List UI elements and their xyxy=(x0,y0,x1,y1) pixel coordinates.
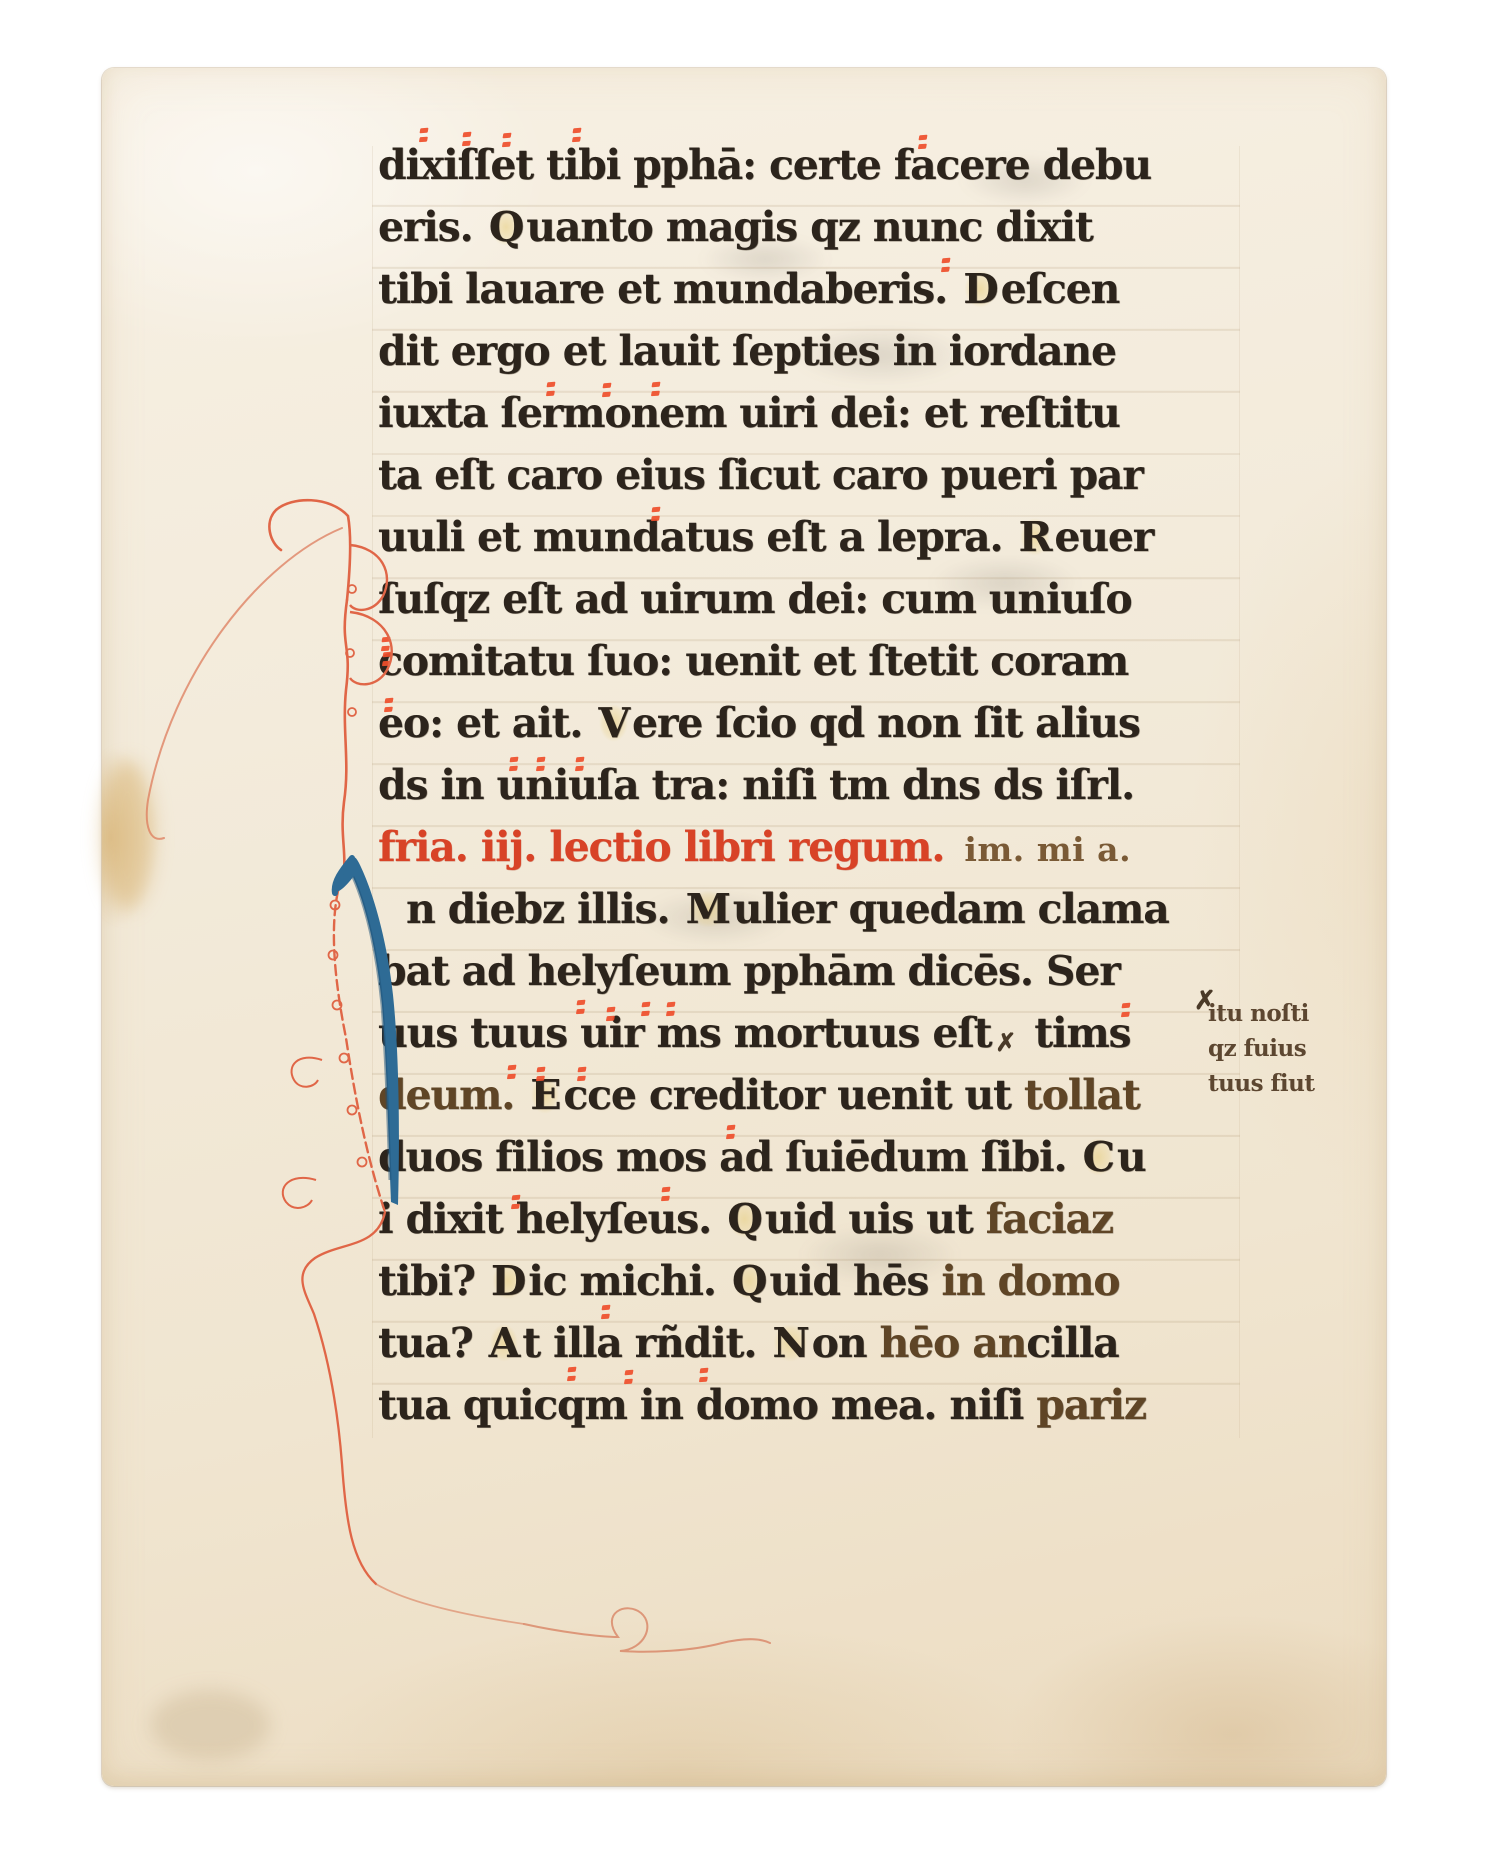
text-line: eo: et ait. Vere ſcio qd non ſit alius xyxy=(378,692,1258,754)
text-segment: deum. xyxy=(378,1071,527,1119)
text-segment: ſuſqz eſt ad uirum dei: cum uniuſo xyxy=(378,575,1132,623)
red-tick xyxy=(666,1002,675,1008)
text-segment: hēo an xyxy=(880,1319,1027,1367)
text-segment: ta eſt caro eius ſicut caro pueri par xyxy=(378,451,1143,499)
text-segment: euer xyxy=(1054,513,1153,561)
text-segment: on xyxy=(812,1319,880,1367)
text-segment: tua quicqm in domo mea. niſi xyxy=(378,1381,1036,1429)
red-tick xyxy=(941,258,950,264)
text-line: ds in uniuſa tra: niſi tm dns ds iſrl. xyxy=(378,754,1258,816)
yellow-touched-capital: N xyxy=(769,1319,811,1367)
text-segment: tua? xyxy=(378,1319,486,1367)
red-tick xyxy=(651,382,660,388)
text-line: deum. Ecce creditor uenit ut tollat xyxy=(378,1064,1258,1126)
red-tick xyxy=(502,133,511,139)
yellow-touched-capital: C xyxy=(1079,1133,1116,1181)
red-tick xyxy=(699,1368,708,1374)
red-tick xyxy=(624,1370,633,1376)
yellow-touched-capital: Q xyxy=(724,1195,765,1243)
text-segment: tibi? xyxy=(378,1257,488,1305)
rubric-text: fria. iij. lectio libri regum. xyxy=(378,823,944,871)
text-segment: iuxta ſermonem uiri dei: et reſtitu xyxy=(378,389,1120,437)
text-segment: uanto magis qz nunc dixit xyxy=(526,203,1092,251)
text-segment: in domo xyxy=(941,1257,1119,1305)
text-line: fria. iij. lectio libri regum.im. mi a. xyxy=(378,816,1258,878)
text-line: tua? At illa rñdit. Non hēo ancilla xyxy=(378,1312,1258,1374)
text-segment: ic michi. xyxy=(528,1257,729,1305)
text-line: ta eſt caro eius ſicut caro pueri par xyxy=(378,444,1258,506)
red-tick xyxy=(507,1065,516,1071)
red-tick xyxy=(536,757,545,763)
text-segment: t illa rñdit. xyxy=(522,1319,769,1367)
red-tick xyxy=(641,1002,650,1008)
text-segment: uid hēs xyxy=(769,1257,941,1305)
red-tick xyxy=(661,1187,670,1193)
red-tick xyxy=(419,128,428,134)
red-tick xyxy=(606,1007,615,1013)
text-line: tibi lauare et mundaberis. Deſcen xyxy=(378,258,1258,320)
red-tick xyxy=(1121,1003,1130,1009)
red-tick xyxy=(381,637,390,643)
text-segment: dixiſſet tibi pphā: certe facere debu xyxy=(378,141,1151,189)
text-segment: tims xyxy=(1021,1009,1130,1057)
yellow-touched-capital: Q xyxy=(486,203,527,251)
red-tick xyxy=(511,1195,520,1201)
text-segment: ere ſcio qd non ſit alius xyxy=(632,699,1140,747)
text-segment: n diebz illis. xyxy=(406,885,683,933)
text-segment: eris. xyxy=(378,203,486,251)
text-line: dixiſſet tibi pphā: certe facere debu xyxy=(378,134,1258,196)
red-tick xyxy=(726,1125,735,1131)
text-segment: ulier quedam clama xyxy=(733,885,1169,933)
text-segment: cce creditor uenit ut xyxy=(563,1071,1023,1119)
marginal-gloss: ✗ itu noſtiqz fuiustuus fiut xyxy=(1208,996,1358,1101)
text-segment: bat ad helyſeum pphām dicēs. Ser xyxy=(378,947,1120,995)
red-tick xyxy=(601,1305,610,1311)
red-tick xyxy=(651,507,660,513)
yellow-touched-capital: M xyxy=(683,885,733,933)
added-note: im. mi a. xyxy=(964,830,1131,869)
red-tick xyxy=(546,382,555,388)
text-segment: tibi lauare et mundaberis. xyxy=(378,265,960,313)
red-tick xyxy=(382,652,391,658)
edge-stain xyxy=(100,760,155,910)
text-segment: duos filios mos ad ſuiēdum ſibi. xyxy=(378,1133,1079,1181)
text-segment: faciaz xyxy=(986,1195,1113,1243)
text-segment: eſcen xyxy=(1001,265,1120,313)
text-line: duos filios mos ad ſuiēdum ſibi. Cu xyxy=(378,1126,1258,1188)
text-segment: uus tuus uir ms mortuus eſt xyxy=(378,1009,991,1057)
text-segment: ds in uniuſa tra: niſi tm dns ds iſrl. xyxy=(378,761,1134,809)
text-line: uus tuus uir ms mortuus eſt✗ tims xyxy=(378,1002,1258,1064)
text-segment: eo: et ait. xyxy=(378,699,595,747)
yellow-touched-capital: R xyxy=(1016,513,1055,561)
gloss-line: tuus fiut xyxy=(1208,1066,1358,1101)
red-tick xyxy=(509,757,518,763)
text-segment: comitatu ſuo: uenit et ſtetit coram xyxy=(378,637,1128,685)
text-line: n diebz illis. Mulier quedam clama xyxy=(378,878,1258,940)
text-line: eris. Quanto magis qz nunc dixit xyxy=(378,196,1258,258)
insertion-x-mark: ✗ xyxy=(995,1028,1015,1057)
text-line: ſuſqz eſt ad uirum dei: cum uniuſo xyxy=(378,568,1258,630)
red-tick xyxy=(384,698,393,704)
text-line: bat ad helyſeum pphām dicēs. Ser xyxy=(378,940,1258,1002)
text-line: tibi? Dic michi. Quid hēs in domo xyxy=(378,1250,1258,1312)
red-tick xyxy=(575,757,584,763)
text-segment: u xyxy=(1117,1133,1146,1181)
text-segment: uuli et mundatus eſt a lepra. xyxy=(378,513,1016,561)
text-line: comitatu ſuo: uenit et ſtetit coram xyxy=(378,630,1258,692)
gloss-line: itu noſti xyxy=(1208,996,1358,1031)
yellow-touched-capital: D xyxy=(488,1257,528,1305)
red-tick xyxy=(567,1367,576,1373)
red-tick xyxy=(577,1067,586,1073)
text-block: dixiſſet tibi pphā: certe facere debueri… xyxy=(378,134,1258,1436)
text-segment: tollat xyxy=(1024,1071,1140,1119)
text-line: uuli et mundatus eſt a lepra. Reuer xyxy=(378,506,1258,568)
yellow-touched-capital: V xyxy=(595,699,632,747)
red-tick xyxy=(462,132,471,138)
text-segment: dit ergo et lauit ſepties in iordane xyxy=(378,327,1116,375)
red-tick xyxy=(536,1067,545,1073)
text-line: dit ergo et lauit ſepties in iordane xyxy=(378,320,1258,382)
yellow-touched-capital: Q xyxy=(729,1257,770,1305)
gloss-line: qz fuius xyxy=(1208,1031,1358,1066)
yellow-touched-capital: E xyxy=(527,1071,563,1119)
red-tick xyxy=(602,383,611,389)
text-line: tua quicqm in domo mea. niſi pariz xyxy=(378,1374,1258,1436)
text-line: iuxta ſermonem uiri dei: et reſtitu xyxy=(378,382,1258,444)
red-tick xyxy=(918,135,927,141)
text-segment: i dixit helyſeus. xyxy=(378,1195,724,1243)
yellow-touched-capital: D xyxy=(960,265,1000,313)
red-tick xyxy=(572,128,581,134)
yellow-touched-capital: A xyxy=(486,1319,523,1367)
insertion-x-mark: ✗ xyxy=(1194,984,1215,1019)
manuscript-photo: { "manuscript": { "description": "illumi… xyxy=(0,0,1500,1876)
text-segment: uid uis ut xyxy=(765,1195,986,1243)
corner-stain xyxy=(150,1690,270,1760)
text-line: i dixit helyſeus. Quid uis ut faciaz xyxy=(378,1188,1258,1250)
text-segment: cilla xyxy=(1026,1319,1118,1367)
text-segment: pariz xyxy=(1036,1381,1146,1429)
red-tick xyxy=(576,1000,585,1006)
